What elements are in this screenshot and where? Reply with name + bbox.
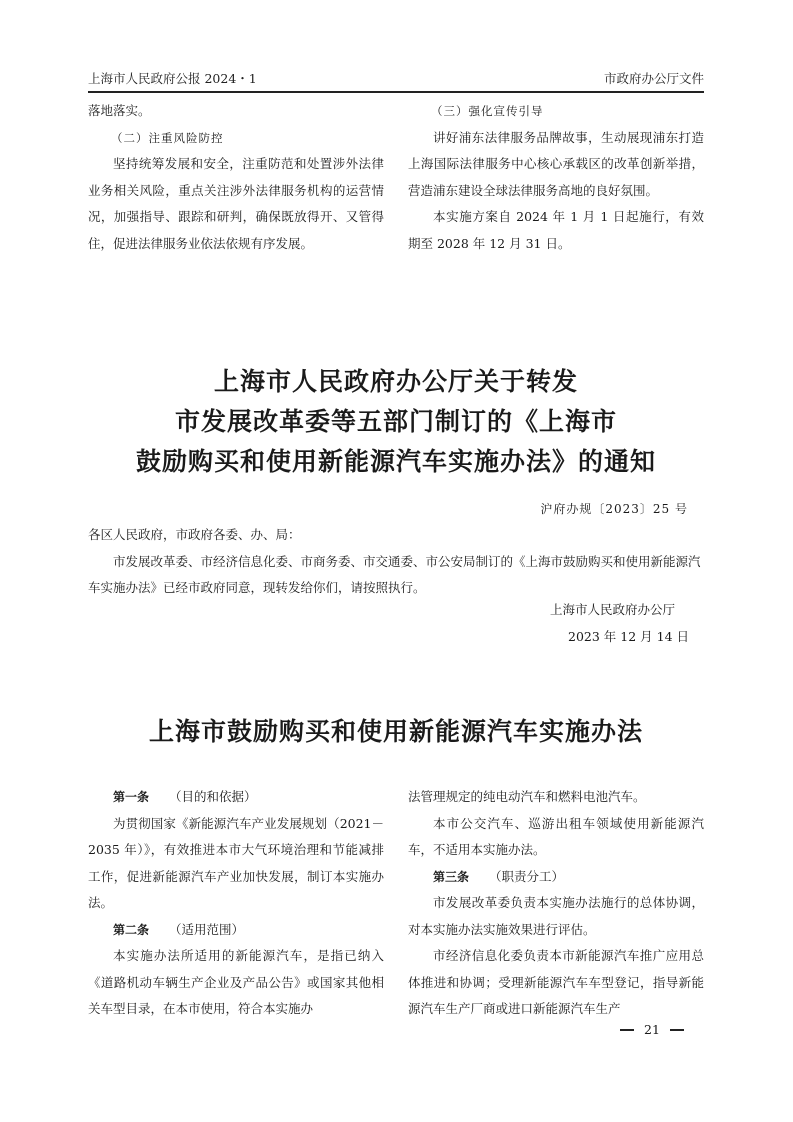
running-header: 上海市人民政府公报 2024・1 市政府办公厅文件: [88, 66, 704, 90]
page-number: 21: [620, 1022, 684, 1037]
notice-title-line: 鼓励购买和使用新能源汽车实施办法》的通知: [88, 442, 704, 482]
notice-date: 2023 年 12 月 14 日: [568, 627, 689, 645]
paragraph: 落地落实。: [88, 98, 384, 125]
paragraph: 法管理规定的纯电动汽车和燃料电池汽车。: [408, 784, 704, 811]
regulation-title: 上海市鼓励购买和使用新能源汽车实施办法: [88, 712, 704, 748]
article-topic: （适用范围）: [169, 922, 244, 937]
article-number: 第一条: [113, 790, 149, 804]
paragraph: 为贯彻国家《新能源汽车产业发展规划（2021－2035 年）》，有效推进本市大气…: [88, 811, 384, 917]
article-heading: 第三条（职责分工）: [408, 864, 704, 891]
paragraph: 讲好浦东法律服务品牌故事，生动展现浦东打造上海国际法律服务中心核心承载区的改革创…: [408, 125, 704, 205]
subsection-heading: （二）注重风险防控: [88, 125, 384, 152]
notice-signature: 上海市人民政府办公厅: [550, 600, 675, 618]
page-number-text: 21: [644, 1022, 660, 1037]
dash-left: [620, 1029, 634, 1031]
article-number: 第二条: [113, 923, 149, 937]
prev-section-left-column: 落地落实。（二）注重风险防控坚持统筹发展和安全，注重防范和处置涉外法律业务相关风…: [88, 98, 384, 257]
document-number: 沪府办规〔2023〕25 号: [540, 500, 688, 517]
regulation-right-column: 法管理规定的纯电动汽车和燃料电池汽车。本市公交汽车、巡游出租车领域使用新能源汽车…: [408, 784, 704, 1023]
notice-body: 各区人民政府，市政府各委、办、局： 市发展改革委、市经济信息化委、市商务委、市交…: [88, 522, 704, 602]
article-topic: （职责分工）: [489, 869, 564, 884]
article-heading: 第二条（适用范围）: [88, 917, 384, 944]
article-heading: 第一条（目的和依据）: [88, 784, 384, 811]
header-journal-title: 上海市人民政府公报 2024・1: [88, 69, 257, 87]
paragraph: 本实施办法所适用的新能源汽车，是指已纳入《道路机动车辆生产企业及产品公告》或国家…: [88, 943, 384, 1023]
dash-right: [670, 1029, 684, 1031]
article-topic: （目的和依据）: [169, 789, 257, 804]
notice-title-line: 上海市人民政府办公厅关于转发: [88, 362, 704, 402]
header-section-label: 市政府办公厅文件: [604, 69, 704, 87]
regulation-left-column: 第一条（目的和依据）为贯彻国家《新能源汽车产业发展规划（2021－2035 年）…: [88, 784, 384, 1023]
prev-section-right-column: （三）强化宣传引导讲好浦东法律服务品牌故事，生动展现浦东打造上海国际法律服务中心…: [408, 98, 704, 257]
article-number: 第三条: [433, 870, 469, 884]
paragraph: 市发展改革委负责本实施办法施行的总体协调，对本实施办法实施效果进行评估。: [408, 890, 704, 943]
paragraph: 本市公交汽车、巡游出租车领域使用新能源汽车，不适用本实施办法。: [408, 811, 704, 864]
notice-title-line: 市发展改革委等五部门制订的《上海市: [88, 402, 704, 442]
paragraph: 本实施方案自 2024 年 1 月 1 日起施行，有效期至 2028 年 12 …: [408, 204, 704, 257]
notice-addressee: 各区人民政府，市政府各委、办、局：: [88, 522, 704, 549]
notice-paragraph: 市发展改革委、市经济信息化委、市商务委、市交通委、市公安局制订的《上海市鼓励购买…: [88, 549, 704, 602]
header-rule: [88, 91, 704, 93]
notice-title: 上海市人民政府办公厅关于转发 市发展改革委等五部门制订的《上海市 鼓励购买和使用…: [88, 362, 704, 482]
subsection-heading: （三）强化宣传引导: [408, 98, 704, 125]
paragraph: 市经济信息化委负责本市新能源汽车推广应用总体推进和协调；受理新能源汽车车型登记，…: [408, 943, 704, 1023]
paragraph: 坚持统筹发展和安全，注重防范和处置涉外法律业务相关风险，重点关注涉外法律服务机构…: [88, 151, 384, 257]
